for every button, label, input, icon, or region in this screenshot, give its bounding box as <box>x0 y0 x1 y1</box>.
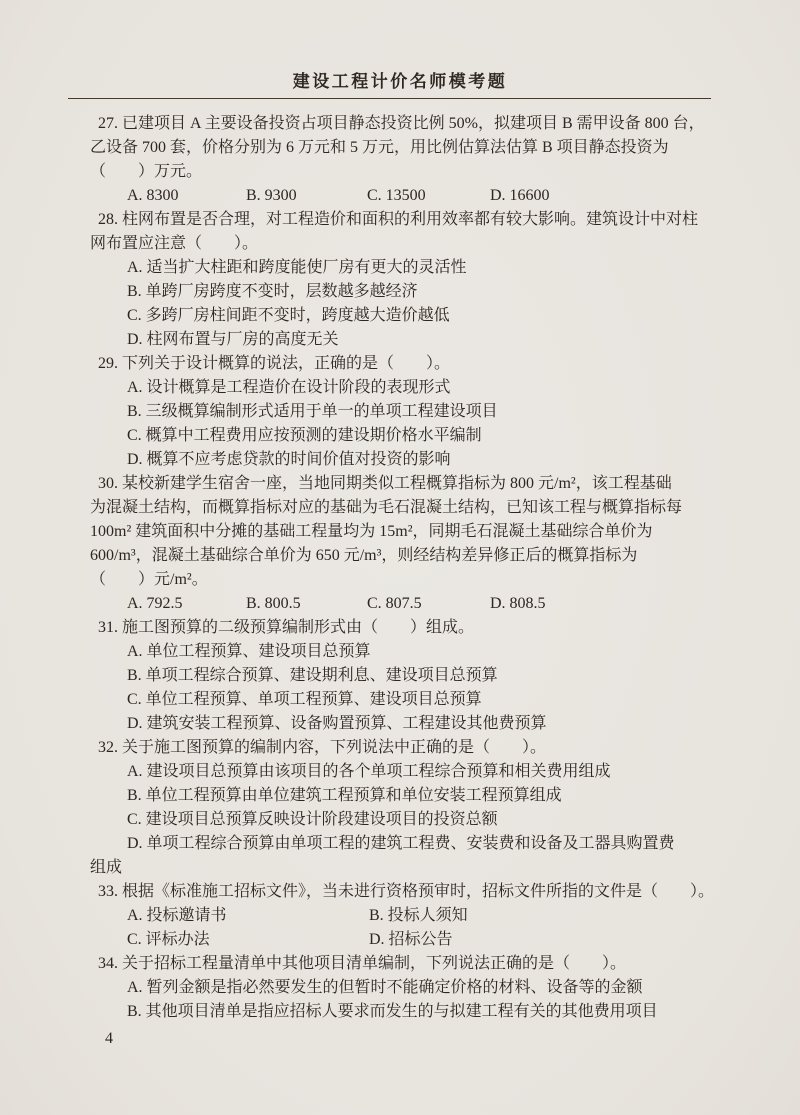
option: D. 808.5 <box>490 592 712 616</box>
option: C. 概算中工程费用应按预测的建设期价格水平编制 <box>90 424 712 448</box>
option: B. 单位工程预算由单位建筑工程预算和单位安装工程预算组成 <box>90 784 712 808</box>
question-stem-line: （ ）万元。 <box>90 160 712 184</box>
option: A. 暂列金额是指必然要发生的但暂时不能确定价格的材料、设备等的金额 <box>90 976 712 1000</box>
question-31: 31. 施工图预算的二级预算编制形式由（ ）组成。A. 单位工程预算、建设项目总… <box>90 616 712 736</box>
question-stem-line: 34. 关于招标工程量清单中其他项目清单编制，下列说法正确的是（ ）。 <box>90 952 712 976</box>
page-title: 建设工程计价名师模考题 <box>0 67 800 92</box>
option: D. 概算不应考虑贷款的时间价值对投资的影响 <box>90 448 712 472</box>
question-stem-line: 32. 关于施工图预算的编制内容，下列说法中正确的是（ ）。 <box>90 736 712 760</box>
question-29: 29. 下列关于设计概算的说法，正确的是（ ）。A. 设计概算是工程造价在设计阶… <box>90 352 712 472</box>
exam-page: 建设工程计价名师模考题 27. 已建项目 A 主要设备投资占项目静态投资比例 5… <box>0 0 800 1115</box>
option: C. 807.5 <box>367 592 490 616</box>
option: B. 三级概算编制形式适用于单一的单项工程建设项目 <box>90 400 712 424</box>
option: D. 招标公告 <box>369 928 712 952</box>
question-stem-line: 33. 根据《标准施工招标文件》，当未进行资格预审时，招标文件所指的文件是（ ）… <box>90 880 712 904</box>
page-number: 4 <box>105 1030 113 1048</box>
question-34: 34. 关于招标工程量清单中其他项目清单编制，下列说法正确的是（ ）。A. 暂列… <box>90 952 712 1024</box>
option: A. 设计概算是工程造价在设计阶段的表现形式 <box>90 376 712 400</box>
option-row: A. 投标邀请书B. 投标人须知 <box>90 904 712 928</box>
question-30: 30. 某校新建学生宿舍一座，当地同期类似工程概算指标为 800 元/m²，该工… <box>90 472 712 616</box>
option: B. 其他项目清单是指应招标人要求而发生的与拟建工程有关的其他费用项目 <box>90 1000 712 1024</box>
question-stem-line: 为混凝土结构，而概算指标对应的基础为毛石混凝土结构，已知该工程与概算指标每 <box>90 496 712 520</box>
question-stem-line: （ ）元/m²。 <box>90 568 712 592</box>
question-stem-line: 28. 柱网布置是否合理，对工程造价和面积的利用效率都有较大影响。建筑设计中对柱 <box>90 208 712 232</box>
option: D. 建筑安装工程预算、设备购置预算、工程建设其他费预算 <box>90 712 712 736</box>
question-28: 28. 柱网布置是否合理，对工程造价和面积的利用效率都有较大影响。建筑设计中对柱… <box>90 208 712 352</box>
option: B. 单项工程综合预算、建设期利息、建设项目总预算 <box>90 664 712 688</box>
option: A. 投标邀请书 <box>127 904 369 928</box>
question-stem-line: 30. 某校新建学生宿舍一座，当地同期类似工程概算指标为 800 元/m²，该工… <box>90 472 712 496</box>
question-stem-line: 27. 已建项目 A 主要设备投资占项目静态投资比例 50%，拟建项目 B 需甲… <box>90 112 712 136</box>
option-row: A. 792.5B. 800.5C. 807.5D. 808.5 <box>90 592 712 616</box>
questions: 27. 已建项目 A 主要设备投资占项目静态投资比例 50%，拟建项目 B 需甲… <box>90 112 712 1024</box>
question-27: 27. 已建项目 A 主要设备投资占项目静态投资比例 50%，拟建项目 B 需甲… <box>90 112 712 208</box>
option: D. 16600 <box>490 184 712 208</box>
option: A. 792.5 <box>127 592 246 616</box>
question-stem-line: 网布置应注意（ ）。 <box>90 232 712 256</box>
option: C. 多跨厂房柱间距不变时，跨度越大造价越低 <box>90 304 712 328</box>
option: C. 建设项目总预算反映设计阶段建设项目的投资总额 <box>90 808 712 832</box>
question-32: 32. 关于施工图预算的编制内容，下列说法中正确的是（ ）。A. 建设项目总预算… <box>90 736 712 880</box>
option: D. 单项工程综合预算由单项工程的建筑工程费、安装费和设备及工器具购置费 <box>90 832 712 856</box>
option: A. 8300 <box>127 184 246 208</box>
option-row: C. 评标办法D. 招标公告 <box>90 928 712 952</box>
option: C. 单位工程预算、单项工程预算、建设项目总预算 <box>90 688 712 712</box>
option: A. 单位工程预算、建设项目总预算 <box>90 640 712 664</box>
option: B. 单跨厂房跨度不变时，层数越多越经济 <box>90 280 712 304</box>
option: C. 评标办法 <box>127 928 369 952</box>
option: B. 800.5 <box>246 592 367 616</box>
header-divider <box>68 98 711 99</box>
option: 组成 <box>90 856 712 880</box>
question-stem-line: 乙设备 700 套，价格分别为 6 万元和 5 万元，用比例估算法估算 B 项目… <box>90 136 712 160</box>
option: A. 适当扩大柱距和跨度能使厂房有更大的灵活性 <box>90 256 712 280</box>
option: B. 9300 <box>246 184 367 208</box>
option: B. 投标人须知 <box>369 904 712 928</box>
question-stem-line: 29. 下列关于设计概算的说法，正确的是（ ）。 <box>90 352 712 376</box>
question-stem-line: 100m² 建筑面积中分摊的基础工程量均为 15m²，同期毛石混凝土基础综合单价… <box>90 520 712 544</box>
question-33: 33. 根据《标准施工招标文件》，当未进行资格预审时，招标文件所指的文件是（ ）… <box>90 880 712 952</box>
question-stem-line: 31. 施工图预算的二级预算编制形式由（ ）组成。 <box>90 616 712 640</box>
option: D. 柱网布置与厂房的高度无关 <box>90 328 712 352</box>
option: A. 建设项目总预算由该项目的各个单项工程综合预算和相关费用组成 <box>90 760 712 784</box>
question-stem-line: 600/m³，混凝土基础综合单价为 650 元/m³，则经结构差异修正后的概算指… <box>90 544 712 568</box>
option: C. 13500 <box>367 184 490 208</box>
option-row: A. 8300B. 9300C. 13500D. 16600 <box>90 184 712 208</box>
